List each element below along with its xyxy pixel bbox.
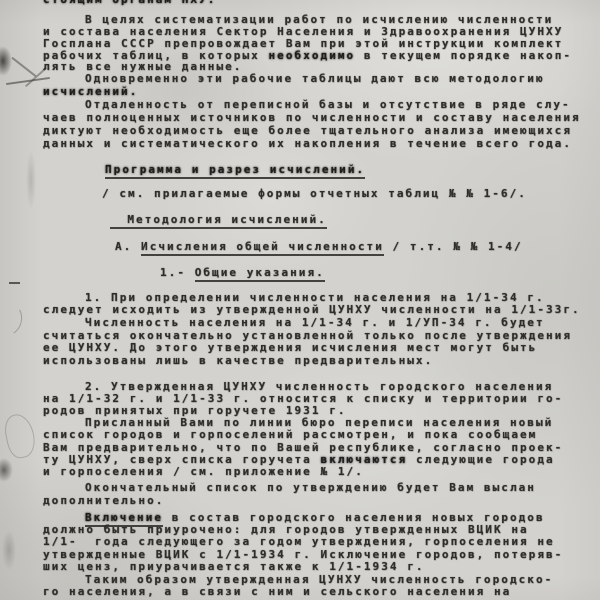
text-line: диктуют необходимость еще более тщательн… <box>43 125 572 137</box>
scan-artifact-ink-blot <box>0 46 12 76</box>
text-segment: ее ЦУНХУ. До этого утверждения исчислени… <box>43 341 537 354</box>
text-line: исчислений. <box>43 86 138 98</box>
text-line: го населения, а в связи с ним и сельског… <box>43 586 511 598</box>
text-segment: данных и систематического их накопления … <box>43 137 572 150</box>
text-segment: и горпоселения / см. приложение № 1/. <box>43 465 364 478</box>
text-segment: необходимо <box>269 49 356 62</box>
scan-artifact-dash <box>9 282 20 284</box>
text-segment: диктуют необходимость еще более тщательн… <box>43 124 572 137</box>
text-line: Методология исчислений. <box>110 214 327 226</box>
text-line: стоящим органам НХУ. <box>43 0 216 6</box>
scan-artifact-smudge <box>2 530 16 570</box>
text-line: А. Исчисления общей численности / т.т. №… <box>115 241 523 253</box>
scan-artifact-smudge <box>26 150 36 210</box>
text-segment: / т.т. № № 1-4/ <box>384 240 523 253</box>
scan-artifact-ink-spot <box>0 458 13 482</box>
text-segment: следует исходить из утвержденной ЦУНХУ ч… <box>43 303 581 316</box>
text-line: Численность населения на 1/1-34 г. и 1/У… <box>85 317 545 329</box>
text-segment: следующие города <box>407 453 554 466</box>
scan-artifact-crease <box>0 299 26 339</box>
scan-artifact-stain-ring <box>2 412 39 461</box>
text-segment: А. <box>115 240 141 253</box>
text-segment: Численность населения на 1/1-34 г. и 1/У… <box>85 316 545 329</box>
text-line: и горпоселения / см. приложение № 1/. <box>43 466 364 478</box>
text-line: использованы лишь в качестве предварител… <box>43 355 433 367</box>
text-segment: исчислений. <box>43 85 138 98</box>
text-line: 1/1- года следующего за годом утверждени… <box>43 536 555 548</box>
text-line: список городов и горпоселений рассмотрен… <box>43 429 537 441</box>
text-segment: в текущем порядке накоп- <box>355 49 572 62</box>
text-segment: чаев полноценных источников по численнос… <box>43 111 581 124</box>
text-segment: Окончательный список по утверждению буде… <box>85 481 536 494</box>
text-segment: Отдаленность от переписной базы и отсутс… <box>85 98 571 111</box>
text-line: ших ценз, приурачивается также к 1/1-193… <box>43 561 425 573</box>
text-line: Окончательный список по утверждению буде… <box>85 482 536 494</box>
text-segment: ших ценз, приурачивается также к 1/1-193… <box>43 560 425 573</box>
text-line: ее ЦУНХУ. До этого утверждения исчислени… <box>43 342 537 354</box>
text-segment: 1/1- года следующего за годом утверждени… <box>43 535 555 548</box>
text-line: чаев полноценных источников по численнос… <box>43 112 581 124</box>
text-line: данных и систематического их накопления … <box>43 138 572 150</box>
underlined-text: Исчисления общей численности <box>141 240 384 256</box>
underlined-text: Методология исчислений. <box>110 213 327 229</box>
text-segment: стоящим органам НХУ. <box>43 0 216 6</box>
scan-artifact-pencil-mark <box>6 77 50 85</box>
text-line: Отдаленность от переписной базы и отсутс… <box>85 99 571 111</box>
text-line: Одновременно эти рабочие таблицы дают вс… <box>85 73 545 85</box>
scanned-document-page: стоящим органам НХУ.В целях систематизац… <box>0 0 600 600</box>
text-segment: Одновременно эти рабочие таблицы дают вс… <box>85 72 545 85</box>
scan-artifact-pencil-mark <box>12 57 37 77</box>
text-segment: / см. прилагаемые формы отчетных таблиц … <box>102 187 527 200</box>
text-line: Программа и разрез исчислений. <box>105 164 365 176</box>
text-segment: го населения, а в связи с ним и сельског… <box>43 585 511 598</box>
text-segment: список городов и горпоселений рассмотрен… <box>43 428 537 441</box>
text-segment: дополнительно. <box>43 494 164 507</box>
text-segment: использованы лишь в качестве предварител… <box>43 354 433 367</box>
text-line: 1.- Общие указания. <box>160 267 325 279</box>
text-line: / см. прилагаемые формы отчетных таблиц … <box>102 188 527 200</box>
text-line: следует исходить из утвержденной ЦУНХУ ч… <box>43 304 581 316</box>
underlined-text: Программа и разрез исчислений. <box>105 163 365 179</box>
text-line: дополнительно. <box>43 495 164 507</box>
underlined-text: Общие указания. <box>195 266 325 282</box>
text-segment: 1.- <box>160 266 195 279</box>
